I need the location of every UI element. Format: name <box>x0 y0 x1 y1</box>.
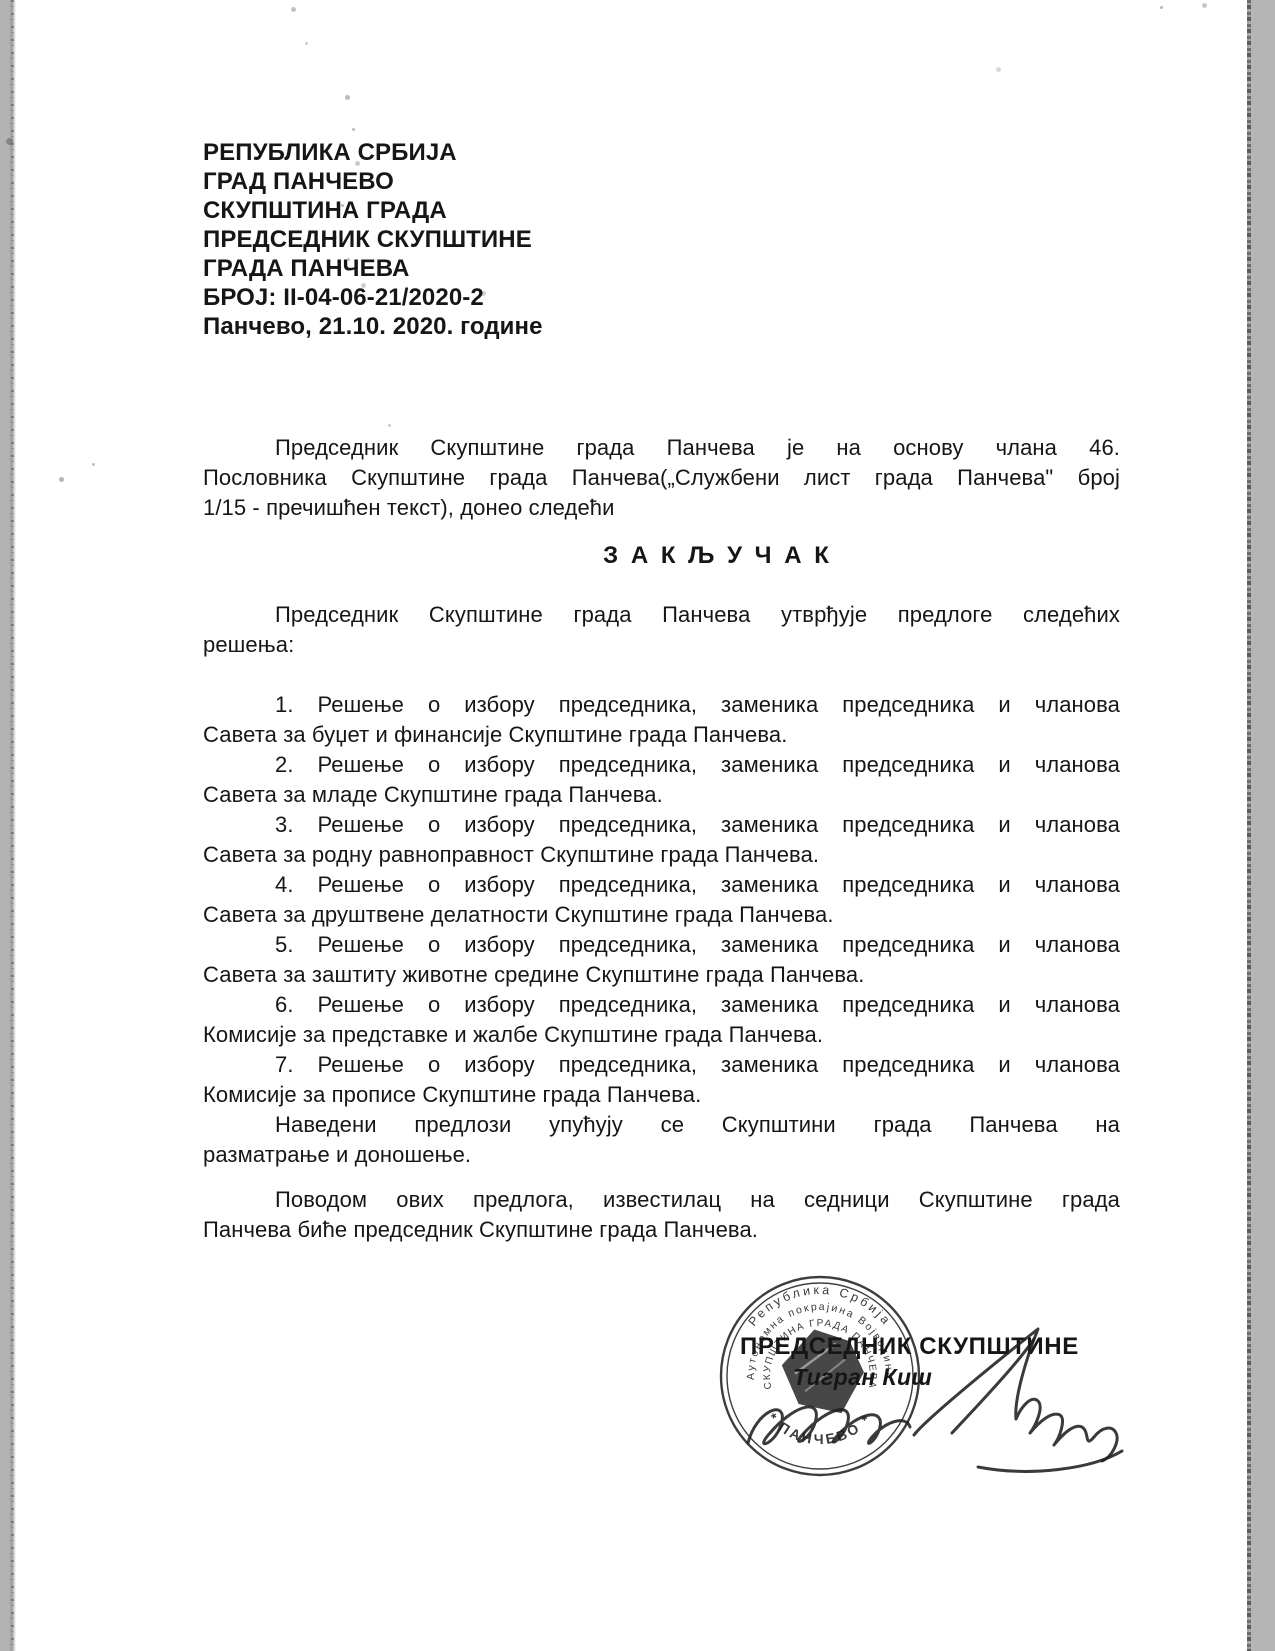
letterhead: РЕПУБЛИКА СРБИЈА ГРАД ПАНЧЕВО СКУПШТИНА … <box>203 138 1120 341</box>
paragraph-line: Пословника Скупштине града Панчева(„Служ… <box>203 463 1120 493</box>
list-item-line: 5. Решење о избору председника, заменика… <box>203 930 1120 960</box>
letterhead-line-of-city: ГРАДА ПАНЧЕВА <box>203 254 1120 283</box>
resolution-list: 1. Решење о избору председника, заменика… <box>203 690 1120 1170</box>
conclusion-title: З А К Љ У Ч А К <box>203 541 1120 571</box>
scan-edge-right <box>1249 0 1275 1651</box>
list-item-line: Комисије за представке и жалбе Скупштине… <box>203 1020 1120 1050</box>
letterhead-line-president: ПРЕДСЕДНИК СКУПШТИНЕ <box>203 225 1120 254</box>
list-item-line: Савета за друштвене делатности Скупштине… <box>203 900 1120 930</box>
paragraph-line: решења: <box>203 630 1120 660</box>
rapporteur-paragraph: Поводом ових предлога, известилац на сед… <box>203 1185 1120 1245</box>
list-item-line: 1. Решење о избору председника, заменика… <box>203 690 1120 720</box>
scan-noise-speckles <box>0 0 3 3</box>
paragraph-line: Наведени предлози упућују се Скупштини г… <box>203 1110 1120 1140</box>
intro-paragraph: Председник Скупштине града Панчева је на… <box>203 433 1120 523</box>
list-item-line: 4. Решење о избору председника, заменика… <box>203 870 1120 900</box>
list-item-line: Савета за родну равноправност Скупштине … <box>203 840 1120 870</box>
preamble-paragraph: Председник Скупштине града Панчева утврђ… <box>203 600 1120 660</box>
letterhead-line-city: ГРАД ПАНЧЕВО <box>203 167 1120 196</box>
letterhead-line-republic: РЕПУБЛИКА СРБИЈА <box>203 138 1120 167</box>
list-item-line: 6. Решење о избору председника, заменика… <box>203 990 1120 1020</box>
paragraph-line: Председник Скупштине града Панчева је на… <box>203 433 1120 463</box>
scanned-document-page: РЕПУБЛИКА СРБИЈА ГРАД ПАНЧЕВО СКУПШТИНА … <box>0 0 1275 1651</box>
letterhead-line-date: Панчево, 21.10. 2020. године <box>203 312 1120 341</box>
signature-scribble <box>700 1315 1170 1475</box>
list-item-line: Савета за буџет и финансије Скупштине гр… <box>203 720 1120 750</box>
paragraph-line: Панчева биће председник Скупштине града … <box>203 1215 1120 1245</box>
paragraph-line: 1/15 - пречишћен текст), донео следећи <box>203 493 1120 523</box>
paragraph-line: разматрање и доношење. <box>203 1140 1120 1170</box>
list-item-line: 3. Решење о избору председника, заменика… <box>203 810 1120 840</box>
paragraph-line: Председник Скупштине града Панчева утврђ… <box>203 600 1120 630</box>
conclusion-title-text: З А К Љ У Ч А К <box>603 542 832 569</box>
list-item-line: Савета за младе Скупштине града Панчева. <box>203 780 1120 810</box>
scan-edge-left <box>0 0 17 1651</box>
list-item-line: 7. Решење о избору председника, заменика… <box>203 1050 1120 1080</box>
paragraph-line: Поводом ових предлога, известилац на сед… <box>203 1185 1120 1215</box>
list-item-line: 2. Решење о избору председника, заменика… <box>203 750 1120 780</box>
list-item-line: Комисије за прописе Скупштине града Панч… <box>203 1080 1120 1110</box>
list-item-line: Савета за заштиту животне средине Скупшт… <box>203 960 1120 990</box>
letterhead-line-number: БРОЈ: II-04-06-21/2020-2 <box>203 283 1120 312</box>
letterhead-line-assembly: СКУПШТИНА ГРАДА <box>203 196 1120 225</box>
